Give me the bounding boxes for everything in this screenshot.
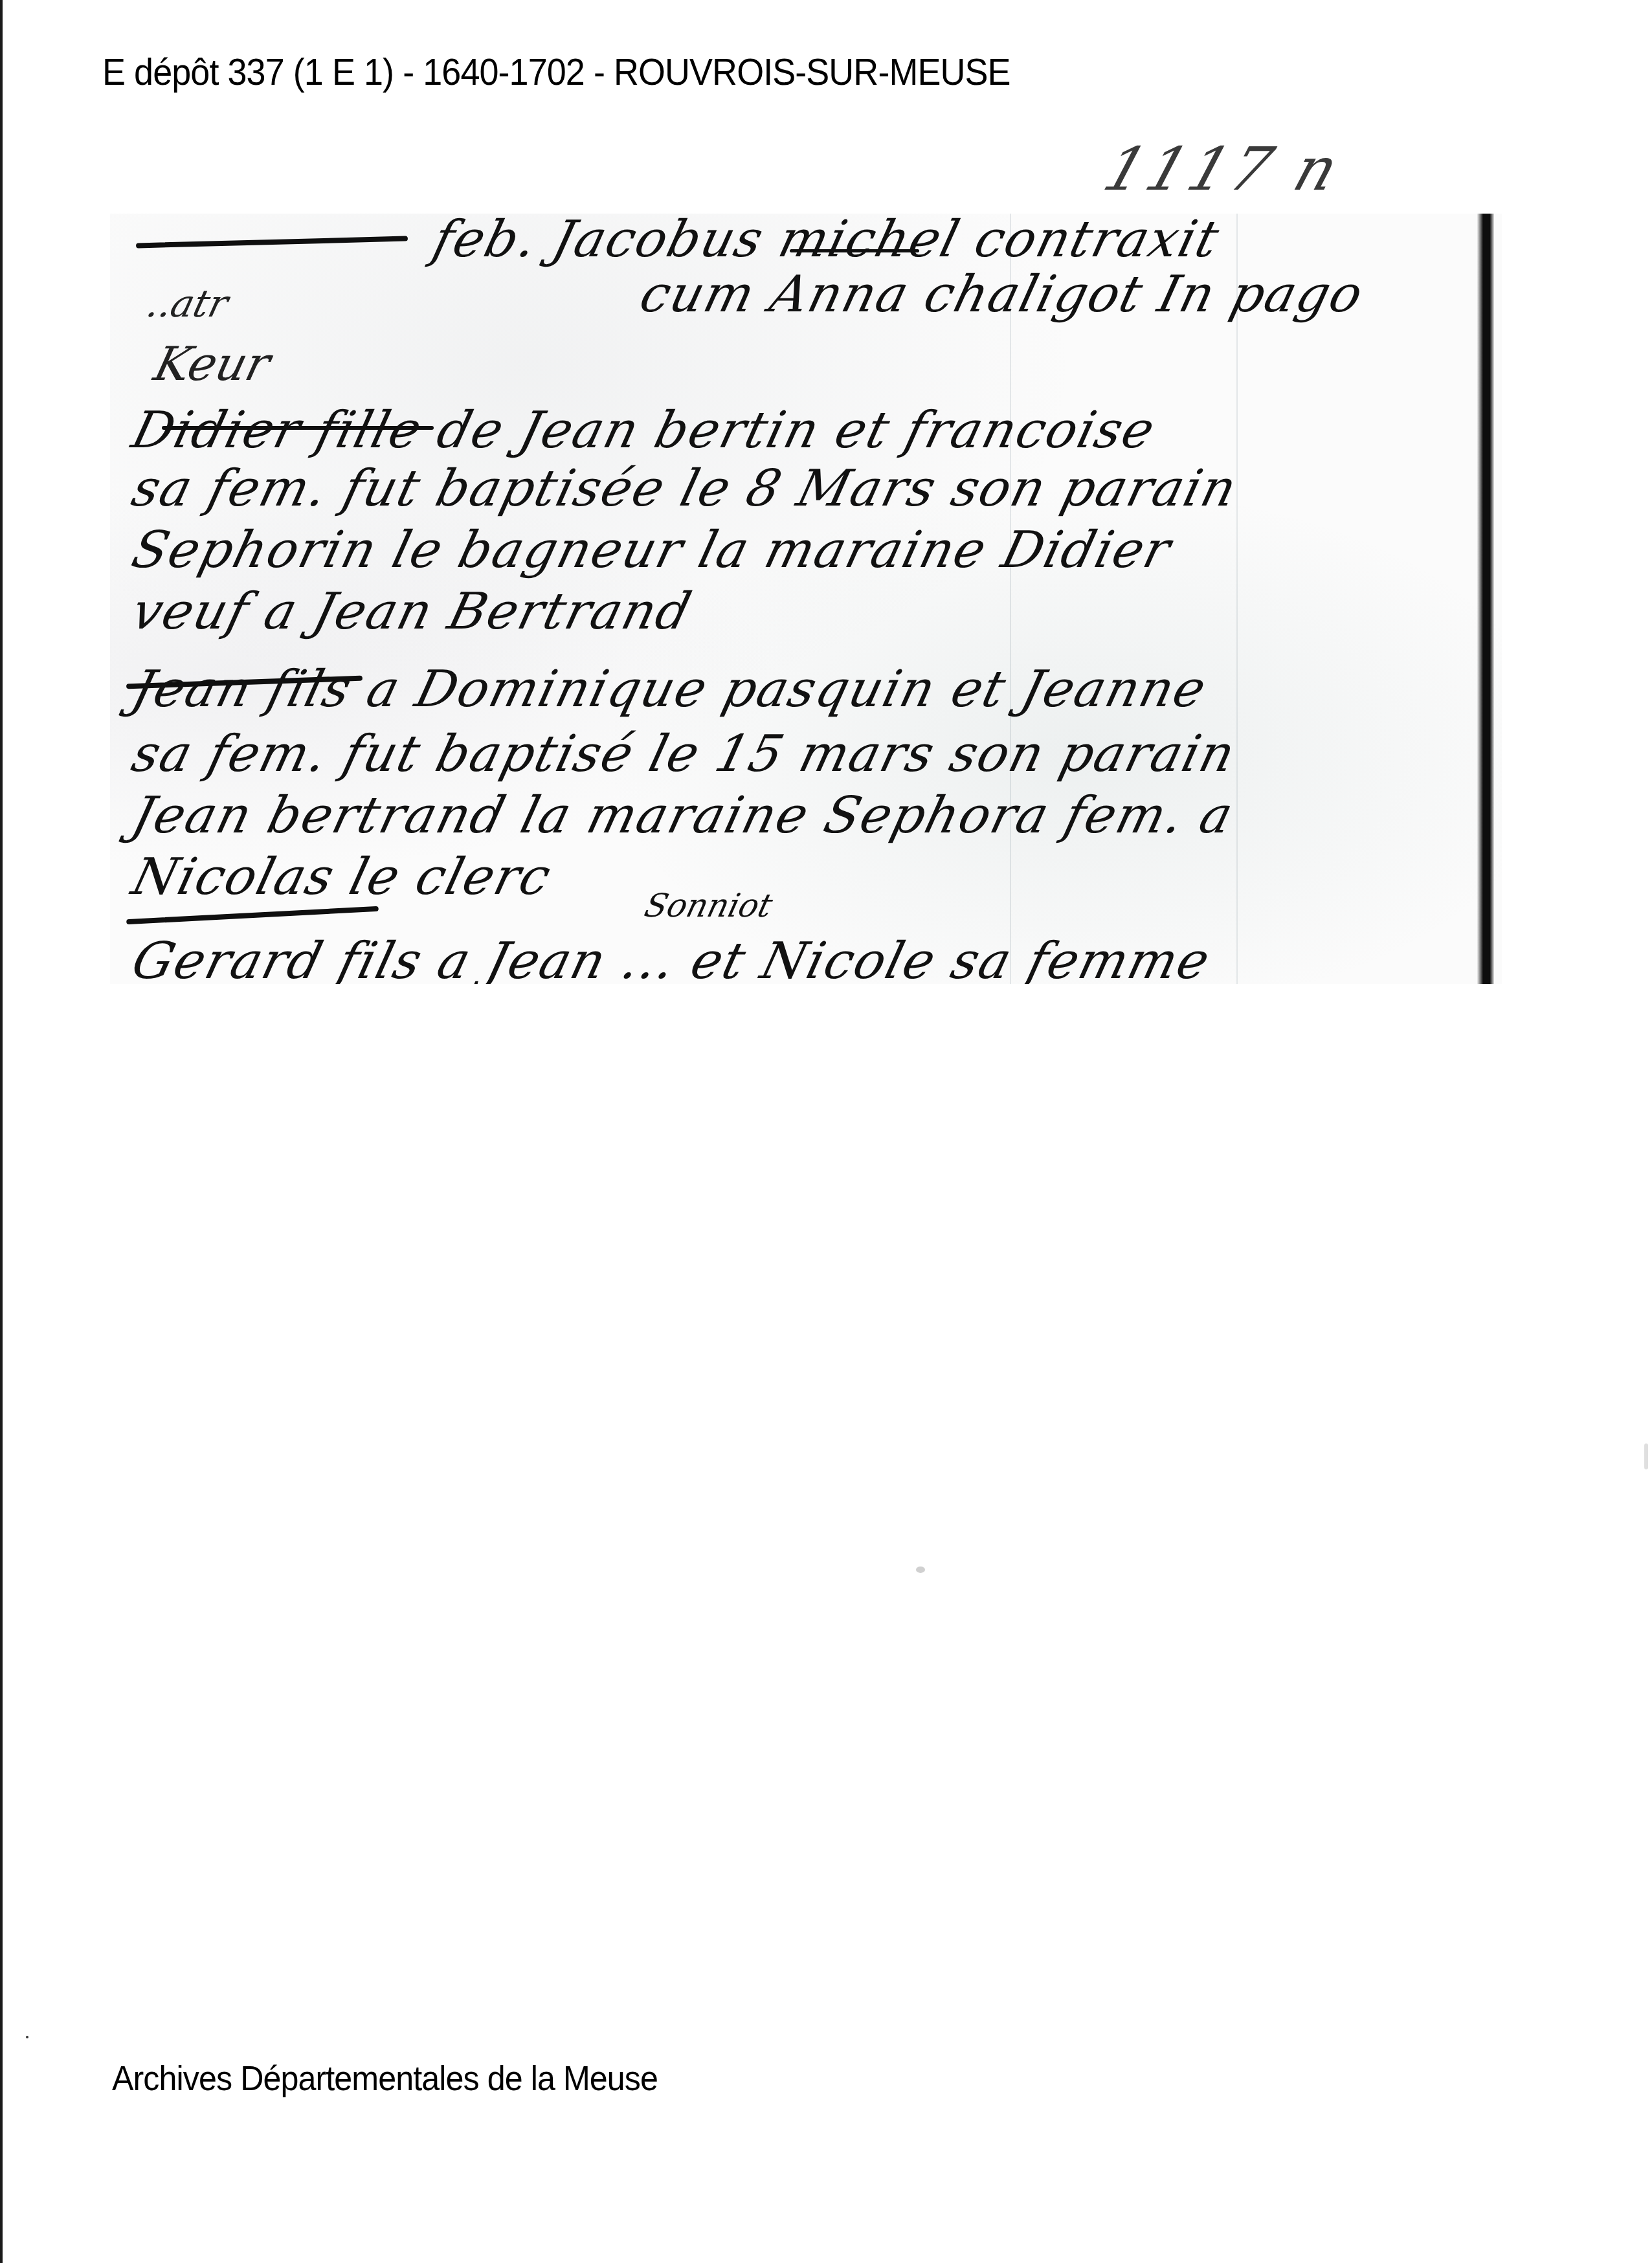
entry-separator xyxy=(136,236,408,249)
margin-note: Keur xyxy=(149,337,276,391)
manuscript-line: Sephorin le bagneur la maraine Didier xyxy=(126,521,1178,579)
archive-footer-title: Archives Départementales de la Meuse xyxy=(112,2058,658,2099)
book-spine-shadow xyxy=(1477,214,1494,984)
manuscript-photo: ..atr Keur feb. Jacobus michel contraxit… xyxy=(110,214,1502,984)
manuscript-line: cum Anna chaligot In pago xyxy=(634,265,1370,324)
manuscript-line: sa fem. fut baptisée le 8 Mars son parai… xyxy=(126,460,1244,518)
manuscript-line: Jean bertrand la maraine Sephora fem. a xyxy=(126,786,1240,845)
manuscript-line: Nicolas le clerc xyxy=(126,848,557,906)
manuscript-line: Gerard fils a Jean ... et Nicole sa femm… xyxy=(126,932,1216,984)
handwritten-folio-number: 1117 n xyxy=(1096,135,1350,204)
manuscript-line: sa fem. fut baptisé le 15 mars son parai… xyxy=(126,725,1242,783)
scan-speck xyxy=(1644,1444,1648,1469)
scan-page-edge xyxy=(0,0,3,2263)
page-fold-line xyxy=(1236,214,1238,984)
margin-note: ..atr xyxy=(142,282,232,326)
manuscript-line: veuf a Jean Bertrand xyxy=(126,583,698,641)
interlinear-note: Sonniot xyxy=(641,887,776,924)
manuscript-line: Didier fille de Jean bertin et francoise xyxy=(126,401,1161,460)
manuscript-line: feb. Jacobus michel contraxit xyxy=(427,214,1225,269)
page-fold-line xyxy=(1010,214,1011,984)
scan-speck xyxy=(916,1566,925,1573)
scan-speck xyxy=(26,2036,28,2038)
document-header-title: E dépôt 337 (1 E 1) - 1640-1702 - ROUVRO… xyxy=(102,50,1010,94)
entry-separator xyxy=(126,906,379,924)
manuscript-line: Jean fils a Dominique pasquin et Jeanne xyxy=(126,660,1212,719)
